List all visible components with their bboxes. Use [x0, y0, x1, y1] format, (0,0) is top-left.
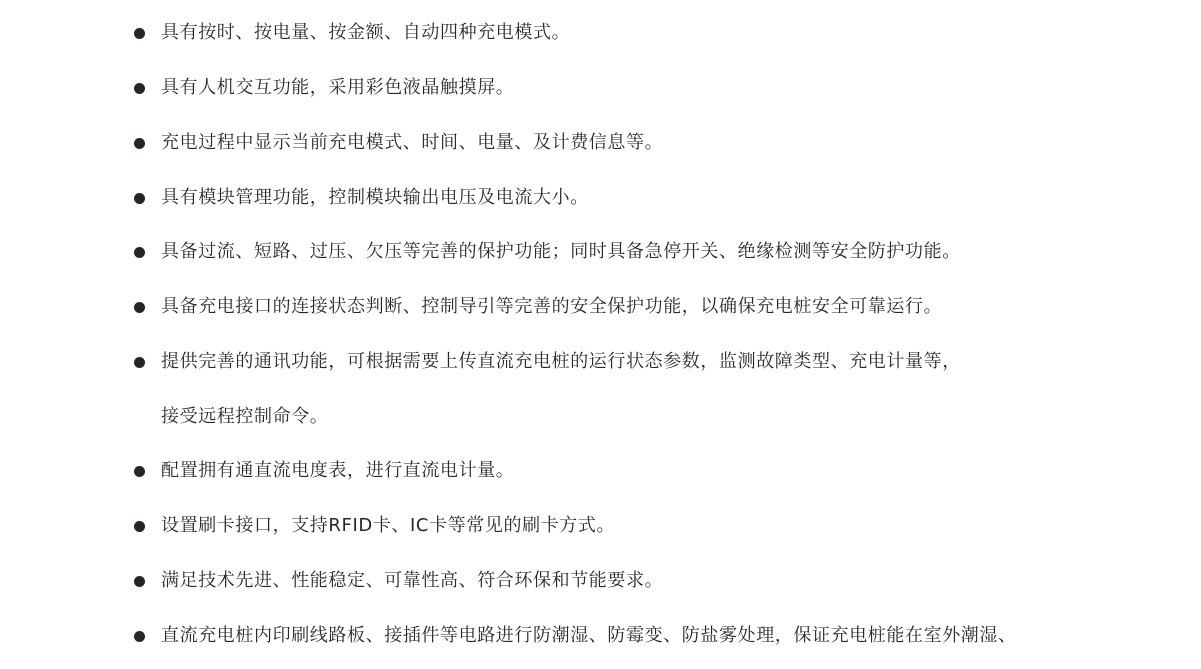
feature-text: 具有人机交互功能，采用彩色液晶触摸屏。	[161, 73, 514, 103]
feature-text: 满足技术先进、性能稳定、可靠性高、符合环保和节能要求。	[161, 566, 663, 596]
bullet-icon	[134, 28, 145, 39]
bullet-icon	[134, 576, 145, 587]
bullet-icon	[134, 521, 145, 532]
feature-text: 提供完善的通讯功能，可根据需要上传直流充电桩的运行状态参数，监测故障类型、充电计…	[161, 347, 961, 377]
bullet-icon	[134, 193, 145, 204]
bullet-icon	[134, 631, 145, 642]
list-item: 具备过流、短路、过压、欠压等完善的保护功能；同时具备急停开关、绝缘检测等安全防护…	[134, 237, 961, 267]
bullet-icon	[134, 466, 145, 477]
feature-text: 具备过流、短路、过压、欠压等完善的保护功能；同时具备急停开关、绝缘检测等安全防护…	[161, 237, 961, 267]
list-item-continuation: 接受远程控制命令。	[161, 402, 328, 432]
feature-text: 具有模块管理功能，控制模块输出电压及电流大小。	[161, 183, 589, 213]
list-item: 充电过程中显示当前充电模式、时间、电量、及计费信息等。	[134, 128, 663, 158]
list-item: 具有按时、按电量、按金额、自动四种充电模式。	[134, 18, 570, 48]
list-item: 满足技术先进、性能稳定、可靠性高、符合环保和节能要求。	[134, 566, 663, 596]
feature-text: 充电过程中显示当前充电模式、时间、电量、及计费信息等。	[161, 128, 663, 158]
feature-text: 具有按时、按电量、按金额、自动四种充电模式。	[161, 18, 570, 48]
list-item: 具有模块管理功能，控制模块输出电压及电流大小。	[134, 183, 589, 213]
bullet-icon	[134, 357, 145, 368]
feature-text: 具备充电接口的连接状态判断、控制导引等完善的安全保护功能，以确保充电桩安全可靠运…	[161, 292, 942, 322]
bullet-icon	[134, 138, 145, 149]
list-item: 提供完善的通讯功能，可根据需要上传直流充电桩的运行状态参数，监测故障类型、充电计…	[134, 347, 961, 377]
feature-text: 配置拥有通直流电度表，进行直流电计量。	[161, 456, 514, 486]
bullet-icon	[134, 302, 145, 313]
feature-text-continuation: 接受远程控制命令。	[161, 402, 328, 432]
list-item: 配置拥有通直流电度表，进行直流电计量。	[134, 456, 514, 486]
bullet-icon	[134, 247, 145, 258]
feature-text: 设置刷卡接口，支持RFID卡、IC卡等常见的刷卡方式。	[161, 511, 615, 541]
bullet-icon	[134, 83, 145, 94]
list-item: 具备充电接口的连接状态判断、控制导引等完善的安全保护功能，以确保充电桩安全可靠运…	[134, 292, 942, 322]
list-item: 具有人机交互功能，采用彩色液晶触摸屏。	[134, 73, 514, 103]
list-item: 直流充电桩内印刷线路板、接插件等电路进行防潮湿、防霉变、防盐雾处理，保证充电桩能…	[134, 621, 1017, 651]
feature-text: 直流充电桩内印刷线路板、接插件等电路进行防潮湿、防霉变、防盐雾处理，保证充电桩能…	[161, 621, 1017, 651]
list-item: 设置刷卡接口，支持RFID卡、IC卡等常见的刷卡方式。	[134, 511, 615, 541]
